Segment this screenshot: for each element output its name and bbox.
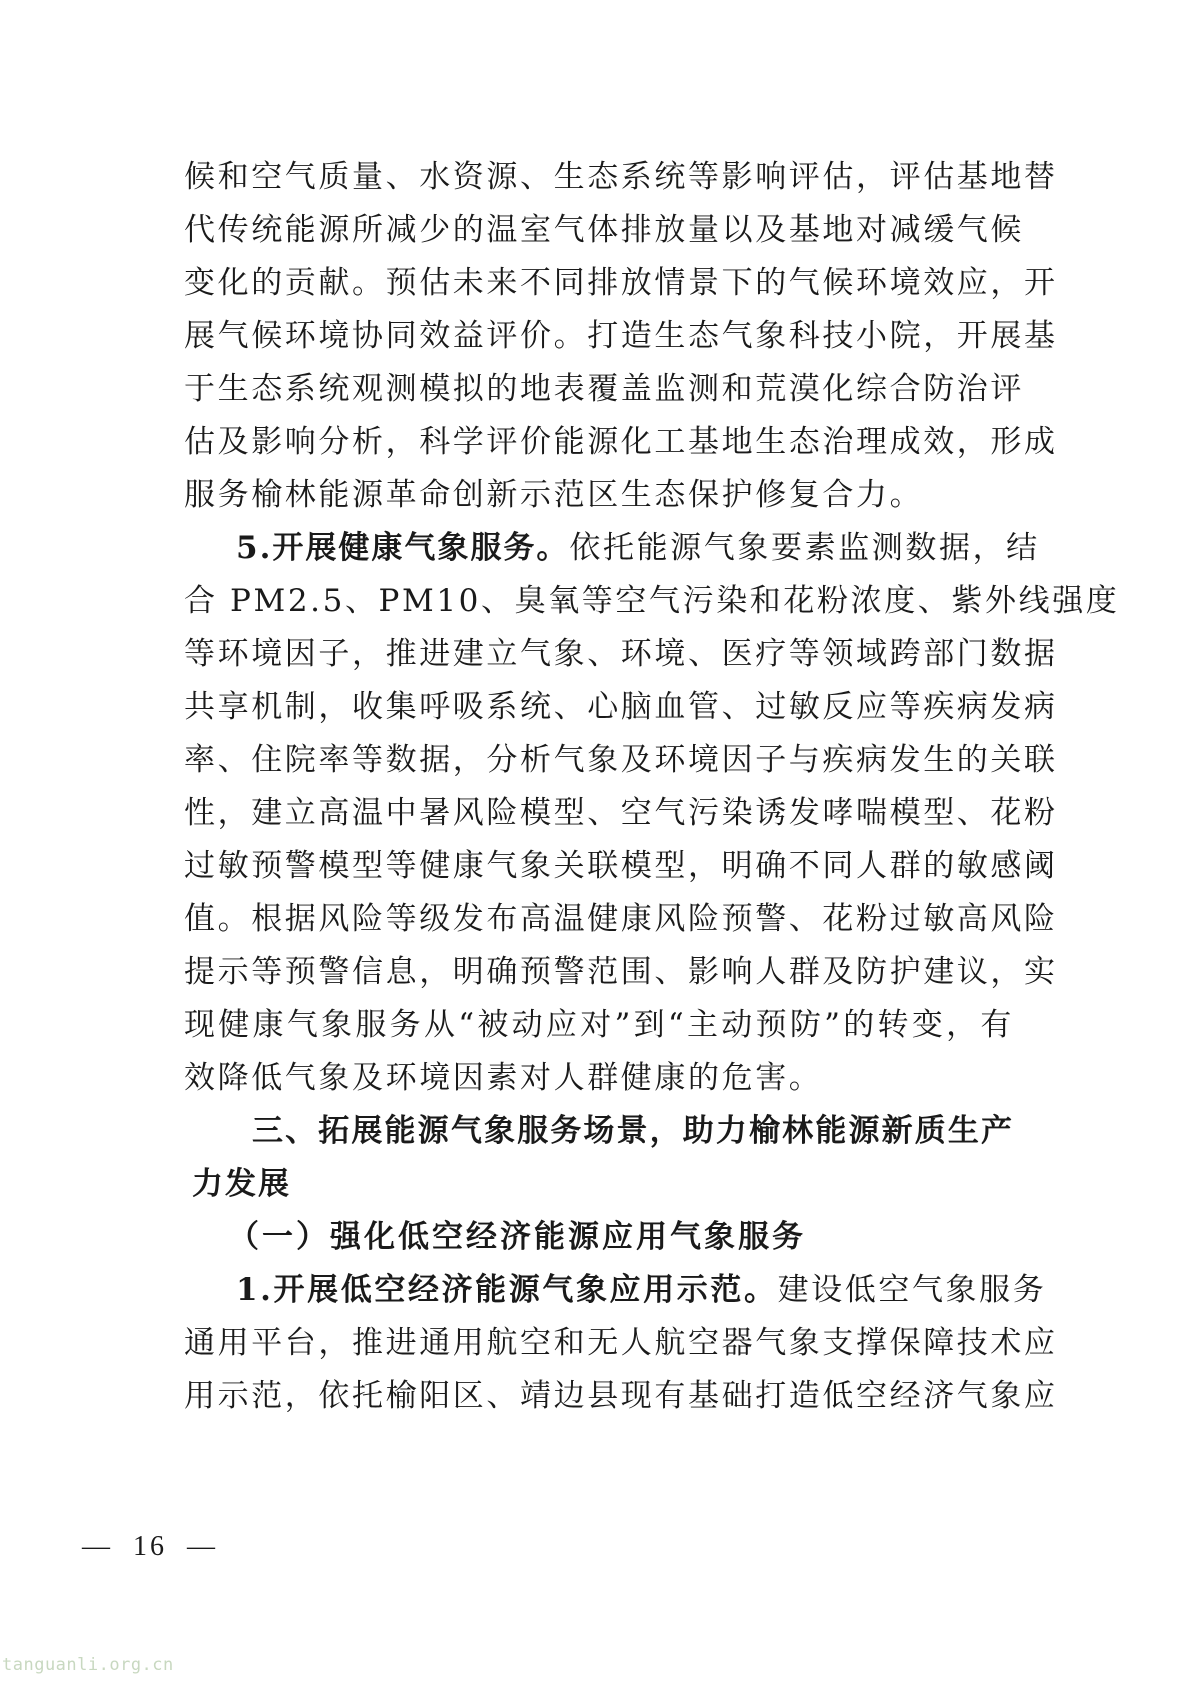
text-line: 等环境因子，推进建立气象、环境、医疗等领域跨部门数据 [184, 634, 1014, 674]
text-span: 依托能源气象要素监测数据，结 [569, 530, 1039, 566]
text-line: 共享机制，收集呼吸系统、心脑血管、过敏反应等疾病发病 [184, 687, 1014, 727]
item-heading: 1.开展低空经济能源气象应用示范。 [236, 1272, 778, 1308]
text-line: 率、住院率等数据，分析气象及环境因子与疾病发生的关联 [184, 740, 1014, 780]
text-line: 提示等预警信息，明确预警范围、影响人群及防护建议，实 [184, 952, 1014, 992]
text-line: 性，建立高温中暑风险模型、空气污染诱发哮喘模型、花粉 [184, 793, 1014, 833]
text-line: 变化的贡献。预估未来不同排放情景下的气候环境效应，开 [184, 263, 1014, 303]
text-line: 于生态系统观测模拟的地表覆盖监测和荒漠化综合防治评 [184, 369, 1014, 409]
text-line: 现健康气象服务从“被动应对”到“主动预防”的转变，有 [184, 1005, 1014, 1045]
text-line: 过敏预警模型等健康气象关联模型，明确不同人群的敏感阈 [184, 846, 1014, 886]
item-heading: 5.开展健康气象服务。 [236, 530, 569, 566]
text-line: 候和空气质量、水资源、生态系统等影响评估，评估基地替 [184, 157, 1014, 197]
text-line: 估及影响分析，科学评价能源化工基地生态治理成效，形成 [184, 422, 1014, 462]
document-page: 候和空气质量、水资源、生态系统等影响评估，评估基地替 代传统能源所减少的温室气体… [0, 0, 1190, 1683]
subsection-heading: （一）强化低空经济能源应用气象服务 [228, 1217, 1058, 1257]
text-line: 效降低气象及环境因素对人群健康的危害。 [184, 1058, 1014, 1098]
text-line: 通用平台，推进通用航空和无人航空器气象支撑保障技术应 [184, 1323, 1014, 1363]
paragraph-first-line: 5.开展健康气象服务。依托能源气象要素监测数据，结 [236, 528, 1014, 568]
text-line: 代传统能源所减少的温室气体排放量以及基地对减缓气候 [184, 210, 1014, 250]
text-line: 值。根据风险等级发布高温健康风险预警、花粉过敏高风险 [184, 899, 1014, 939]
text-line: 服务榆林能源革命创新示范区生态保护修复合力。 [184, 475, 1014, 515]
dash-left: — [82, 1531, 113, 1562]
page-number: —16— [0, 1531, 300, 1563]
paragraph-first-line: 1.开展低空经济能源气象应用示范。建设低空气象服务 [236, 1270, 1014, 1310]
section-heading-line: 三、拓展能源气象服务场景，助力榆林能源新质生产 [252, 1111, 1014, 1151]
watermark: tanguanli.org.cn [2, 1655, 174, 1675]
text-line: 合 PM2.5、PM10、臭氧等空气污染和花粉浓度、紫外线强度 [184, 581, 1014, 621]
page-number-value: 16 [133, 1531, 167, 1562]
text-line: 用示范，依托榆阳区、靖边县现有基础打造低空经济气象应 [184, 1376, 1014, 1416]
text-span: 建设低空气象服务 [778, 1272, 1047, 1308]
text-line: 展气候环境协同效益评价。打造生态气象科技小院，开展基 [184, 316, 1014, 356]
dash-right: — [187, 1531, 218, 1562]
section-heading-line: 力发展 [192, 1164, 1022, 1204]
